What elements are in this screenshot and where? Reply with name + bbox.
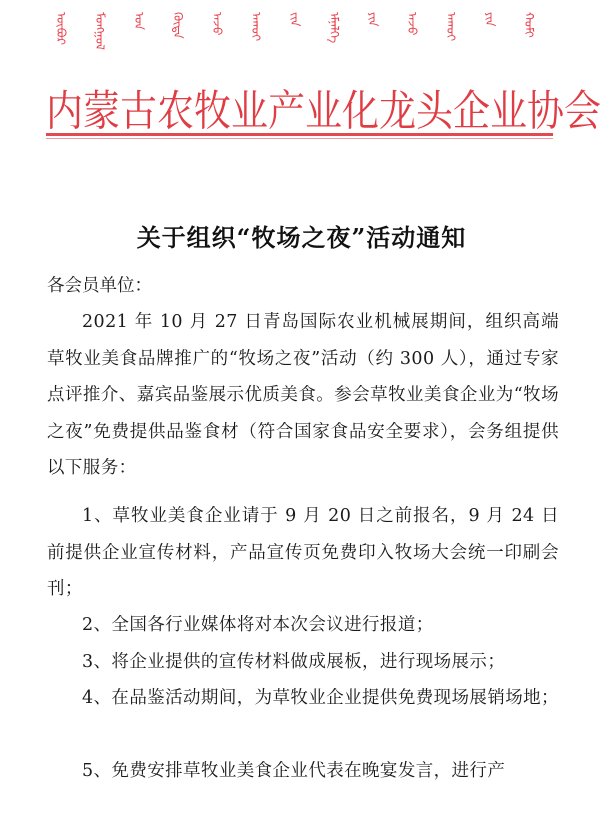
mongolian-word: ᠶᠢᠨ	[484, 12, 496, 82]
mongolian-word: ᠠᠬᠤᠢ	[445, 12, 457, 82]
mongolian-script-header: ᠥᠪᠥᠷ ᠮᠣᠩᠭᠣᠯ ᠤᠨ ᠬᠥᠳᠡ ᠠᠵᠤ ᠠᠬᠤᠢ ᠵᠢᠨ ᠡᠮᠨᠡᠯᠭᠡ…	[55, 12, 535, 82]
letterhead-divider-thick	[46, 133, 553, 136]
mongolian-word: ᠠᠵᠤ	[211, 12, 223, 82]
organization-name: 内蒙古农牧业产业化龙头企业协会	[46, 76, 556, 138]
mongolian-word: ᠥᠪᠥᠷ	[55, 12, 67, 82]
mongolian-word: ᠶᠢᠨ	[367, 12, 379, 82]
mongolian-word: ᠤᠨ	[133, 12, 145, 82]
mongolian-word: ᠵᠢᠨ	[289, 12, 301, 82]
mongolian-word: ᠬᠣᠮᠢ	[523, 12, 535, 82]
mongolian-word: ᠡᠮᠨᠡᠯᠭᠡ	[328, 12, 340, 82]
letterhead-divider-thin	[46, 138, 553, 139]
salutation: 各会员单位：	[47, 272, 152, 297]
mongolian-word: ᠠᠬᠤᠢ	[250, 12, 262, 82]
paragraph-item-5: 5、免费安排草牧业美食企业代表在晚宴发言，进行产	[47, 753, 559, 790]
mongolian-word: ᠠᠵᠤ	[406, 12, 418, 82]
paragraph-item-2: 2、全国各行业媒体将对本次会议进行报道；	[47, 607, 559, 644]
paragraph-item-3: 3、将企业提供的宣传材料做成展板，进行现场展示；	[47, 644, 559, 681]
document-title: 关于组织“牧场之夜”活动通知	[0, 218, 603, 253]
paragraph-intro: 2021 年 10 月 27 日青岛国际农业机械展期间，组织高端草牧业美食品牌推…	[47, 304, 559, 487]
mongolian-word: ᠬᠥᠳᠡ	[172, 12, 184, 82]
mongolian-word: ᠮᠣᠩᠭᠣᠯ	[94, 12, 106, 82]
paragraph-item-1: 1、草牧业美食企业请于 9 月 20 日之前报名，9 月 24 日前提供企业宣传…	[47, 498, 559, 608]
paragraph-item-4: 4、在品鉴活动期间，为草牧业企业提供免费现场展销场地；	[47, 680, 559, 717]
